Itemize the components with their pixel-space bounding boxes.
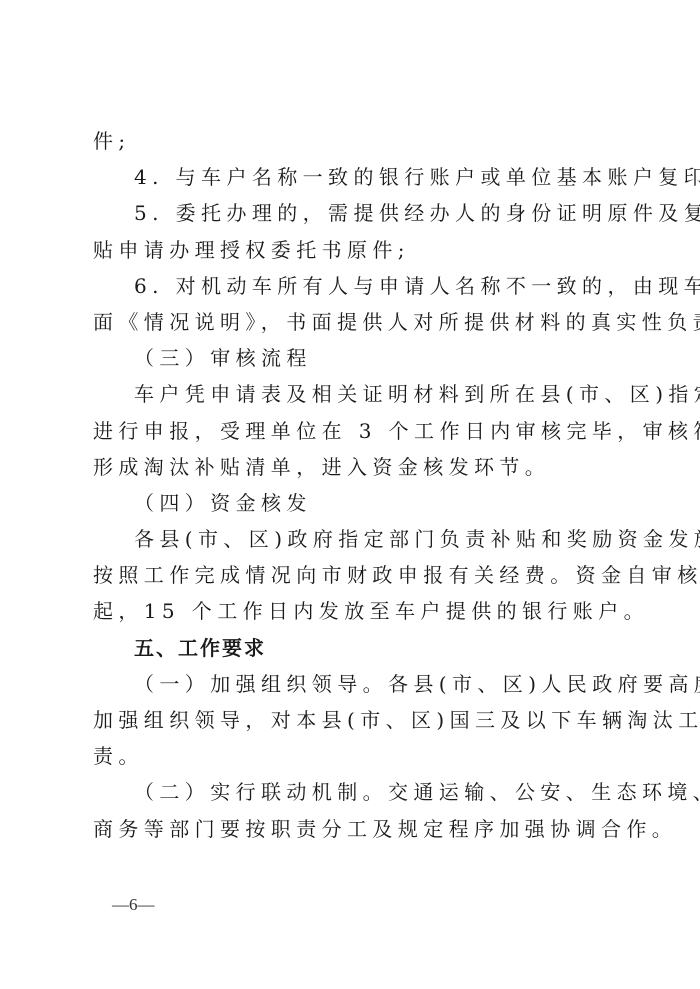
page-number: —6—	[112, 895, 155, 915]
paragraph-line: （二）实行联动机制。交通运输、公安、生态环境、财政、	[93, 774, 611, 810]
paragraph-line: 车户凭申请表及相关证明材料到所在县(市、区)指定的部门	[93, 376, 611, 412]
paragraph-line: 加强组织领导，对本县(市、区)国三及以下车辆淘汰工作负总	[93, 702, 611, 738]
paragraph-line: 进行申报，受理单位在 3 个工作日内审核完毕，审核符合条件的	[93, 413, 611, 449]
document-body: 件; 4. 与车户名称一致的银行账户或单位基本账户复印件; 5. 委托办理的，需…	[93, 123, 611, 847]
list-item-5: 5. 委托办理的，需提供经办人的身份证明原件及复印件，补	[93, 195, 611, 231]
paragraph-line: 按照工作完成情况向市财政申报有关经费。资金自审核通过之日	[93, 557, 611, 593]
paragraph-line: 商务等部门要按职责分工及规定程序加强协调合作。	[93, 811, 611, 847]
subsection-heading-funding: （四）资金核发	[93, 485, 611, 521]
subsection-heading-review: （三）审核流程	[93, 340, 611, 376]
text-line: 贴申请办理授权委托书原件;	[93, 232, 611, 268]
text-line: 件;	[93, 123, 611, 159]
paragraph-line: 各县(市、区)政府指定部门负责补贴和奖励资金发放兑付，	[93, 521, 611, 557]
list-item-6: 6. 对机动车所有人与申请人名称不一致的，由现车户提供书	[93, 268, 611, 304]
paragraph-line: 责。	[93, 738, 611, 774]
paragraph-line: 形成淘汰补贴清单，进入资金核发环节。	[93, 449, 611, 485]
list-item-4: 4. 与车户名称一致的银行账户或单位基本账户复印件;	[93, 159, 611, 195]
section-heading-work-requirements: 五、工作要求	[93, 630, 611, 666]
text-line: 面《情况说明》，书面提供人对所提供材料的真实性负责。	[93, 304, 611, 340]
paragraph-line: （一）加强组织领导。各县(市、区)人民政府要高度重视，	[93, 666, 611, 702]
paragraph-line: 起，15 个工作日内发放至车户提供的银行账户。	[93, 593, 611, 629]
